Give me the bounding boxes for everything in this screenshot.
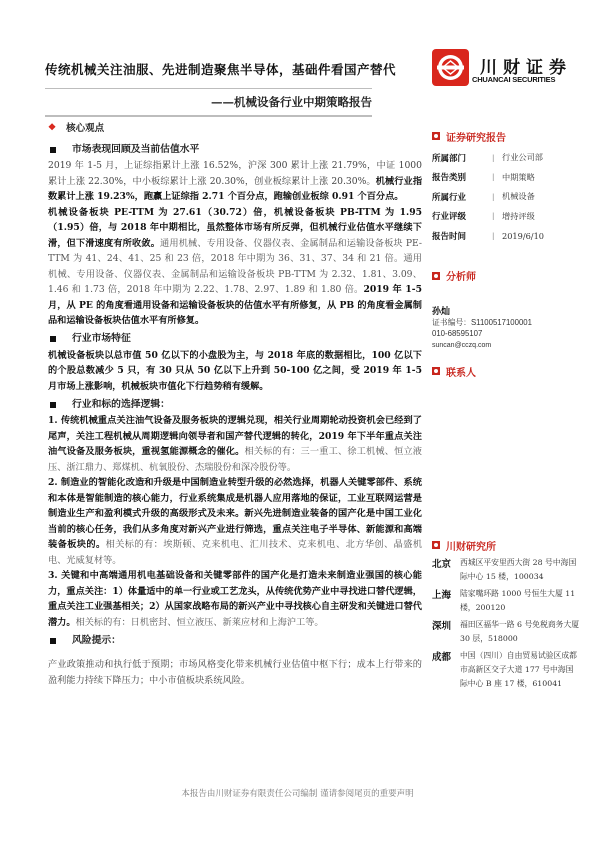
office-address: 陆家嘴环路 1000 号恒生大厦 11 楼，200120	[460, 587, 580, 615]
info-value: 行业公司部	[502, 152, 543, 163]
office-entry: 上海陆家嘴环路 1000 号恒生大厦 11 楼，200120	[432, 587, 582, 615]
section-heading: 行业和标的选择逻辑：	[48, 396, 422, 413]
info-label: 所属行业	[432, 191, 492, 203]
info-separator: |	[492, 193, 502, 201]
contact-heading: 联系人	[432, 363, 582, 379]
office-list: 北京西城区平安里西大街 28 号中海国际中心 15 楼，100034上海陆家嘴环…	[432, 556, 582, 691]
text-run: 2019 年 1-5 月，上证综指累计上涨 16.52%，沪深 300 累计上涨…	[48, 160, 422, 187]
square-bullet-icon	[50, 336, 56, 342]
office-address: 西城区平安里西大街 28 号中海国际中心 15 楼，100034	[460, 556, 580, 584]
header-divider	[45, 115, 372, 117]
info-label: 所属部门	[432, 152, 492, 164]
company-logo: 川财证券 CHUANCAI SECURITIES	[432, 49, 572, 89]
institute-label: 川财研究所	[446, 538, 496, 553]
section-heading-text: 市场表现回顾及当前估值水平	[72, 142, 199, 158]
info-label: 行业评级	[432, 210, 492, 222]
section-heading-text: 风险提示：	[72, 633, 121, 649]
text-run: 产业政策推动和执行低于预期；市场风格变化带来机械行业估值中枢下行；成本上行带来的…	[48, 659, 422, 686]
institute-heading: 川财研究所	[432, 537, 582, 553]
info-separator: |	[492, 154, 502, 162]
paragraph: 机械设备板块 PE-TTM 为 27.61（30.72）倍，机械设备板块 PB-…	[48, 205, 422, 329]
footer-disclaimer: 本报告由川财证券有限责任公司编制 谨请参阅尾页的重要声明	[0, 787, 595, 799]
office-city: 北京	[432, 556, 460, 584]
square-bullet-icon	[50, 402, 56, 408]
text-run: 相关标的有：日机密封、恒立液压、新莱应材和上海沪工等。	[76, 617, 324, 628]
info-label: 报告时间	[432, 230, 492, 242]
office-city: 深圳	[432, 618, 460, 646]
report-info-label: 证券研究报告	[446, 129, 506, 144]
info-row: 所属部门|行业公司部	[432, 148, 582, 168]
office-entry: 深圳福田区福华一路 6 号免税商务大厦 30 层，518000	[432, 618, 582, 646]
sections-container: 市场表现回顾及当前估值水平2019 年 1-5 月，上证综指累计上涨 16.52…	[48, 141, 422, 688]
sidebar: 证券研究报告 所属部门|行业公司部报告类别|中期策略所属行业|机械设备行业评级|…	[432, 128, 582, 691]
info-separator: |	[492, 173, 502, 181]
paragraph: 2019 年 1-5 月，上证综指累计上涨 16.52%，沪深 300 累计上涨…	[48, 158, 422, 205]
office-entry: 北京西城区平安里西大街 28 号中海国际中心 15 楼，100034	[432, 556, 582, 584]
analyst-label: 分析师	[446, 268, 476, 283]
info-value: 机械设备	[502, 191, 535, 202]
section-marker-icon	[432, 367, 440, 375]
paragraph: 机械设备板块以总市值 50 亿以下的小盘股为主，与 2018 年底的数据相比，1…	[48, 348, 422, 395]
report-title: 传统机械关注油服、先进制造聚焦半导体，基础件看国产替代	[45, 60, 396, 78]
info-separator: |	[492, 232, 502, 240]
text-run: 机械设备板块以总市值 50 亿以下的小盘股为主，与 2018 年底的数据相比，1…	[48, 350, 422, 392]
report-subtitle: ——机械设备行业中期策略报告	[45, 94, 372, 110]
analyst-heading: 分析师	[432, 268, 582, 284]
section-heading: 行业市场特征	[48, 331, 422, 348]
paragraph: 1. 传统机械重点关注油气设备及服务板块的逻辑兑现，相关行业周期轮动投资机会已经…	[48, 413, 422, 475]
info-label: 报告类别	[432, 171, 492, 183]
logo-mark-icon	[432, 49, 469, 86]
office-city: 上海	[432, 587, 460, 615]
section-heading-text: 行业和标的选择逻辑：	[72, 397, 170, 413]
info-row: 报告时间|2019/6/10	[432, 226, 582, 246]
section-heading: 风险提示：	[48, 632, 422, 649]
logo-english-name: CHUANCAI SECURITIES	[472, 75, 555, 84]
title-divider	[45, 88, 372, 89]
paragraph: 3. 关键和中高端通用机电基础设备和关键零部件的国产化是打造未来制造业强国的核心…	[48, 568, 422, 630]
info-separator: |	[492, 212, 502, 220]
analyst-phone: 010-68595107	[432, 328, 582, 340]
office-address: 中国（四川）自由贸易试验区成都市高新区交子大道 177 号中海国际中心 B 座 …	[460, 649, 580, 691]
diamond-bullet-icon: ❖	[48, 121, 56, 137]
section-heading: 市场表现回顾及当前估值水平	[48, 141, 422, 158]
section-marker-icon	[432, 541, 440, 549]
core-views-label: 核心观点	[66, 121, 104, 137]
analyst-cert: 证书编号：S1100517100001	[432, 317, 582, 329]
office-city: 成都	[432, 649, 460, 691]
info-row: 报告类别|中期策略	[432, 168, 582, 188]
section-heading-text: 行业市场特征	[72, 331, 131, 347]
section-marker-icon	[432, 132, 440, 140]
square-bullet-icon	[50, 638, 56, 644]
info-value: 中期策略	[502, 172, 535, 183]
report-info-heading: 证券研究报告	[432, 128, 582, 144]
info-value: 2019/6/10	[502, 231, 544, 241]
info-row: 所属行业|机械设备	[432, 187, 582, 207]
core-views-heading: ❖ 核心观点	[48, 120, 422, 138]
analyst-email[interactable]: suncan@cczq.com	[432, 340, 582, 352]
info-row: 行业评级|增持评级	[432, 207, 582, 227]
report-info-list: 所属部门|行业公司部报告类别|中期策略所属行业|机械设备行业评级|增持评级报告时…	[432, 148, 582, 246]
section-marker-icon	[432, 272, 440, 280]
paragraph: 2. 制造业的智能化改造和升级是中国制造业转型升级的必然选择，机器人关键零部件、…	[48, 475, 422, 568]
office-address: 福田区福华一路 6 号免税商务大厦 30 层，518000	[460, 618, 580, 646]
contact-label: 联系人	[446, 364, 476, 379]
info-value: 增持评级	[502, 211, 535, 222]
office-entry: 成都中国（四川）自由贸易试验区成都市高新区交子大道 177 号中海国际中心 B …	[432, 649, 582, 691]
square-bullet-icon	[50, 147, 56, 153]
paragraph: 产业政策推动和执行低于预期；市场风格变化带来机械行业估值中枢下行；成本上行带来的…	[48, 657, 422, 688]
analyst-name: 孙灿	[432, 304, 582, 317]
main-content: ❖ 核心观点 市场表现回顾及当前估值水平2019 年 1-5 月，上证综指累计上…	[48, 120, 422, 688]
